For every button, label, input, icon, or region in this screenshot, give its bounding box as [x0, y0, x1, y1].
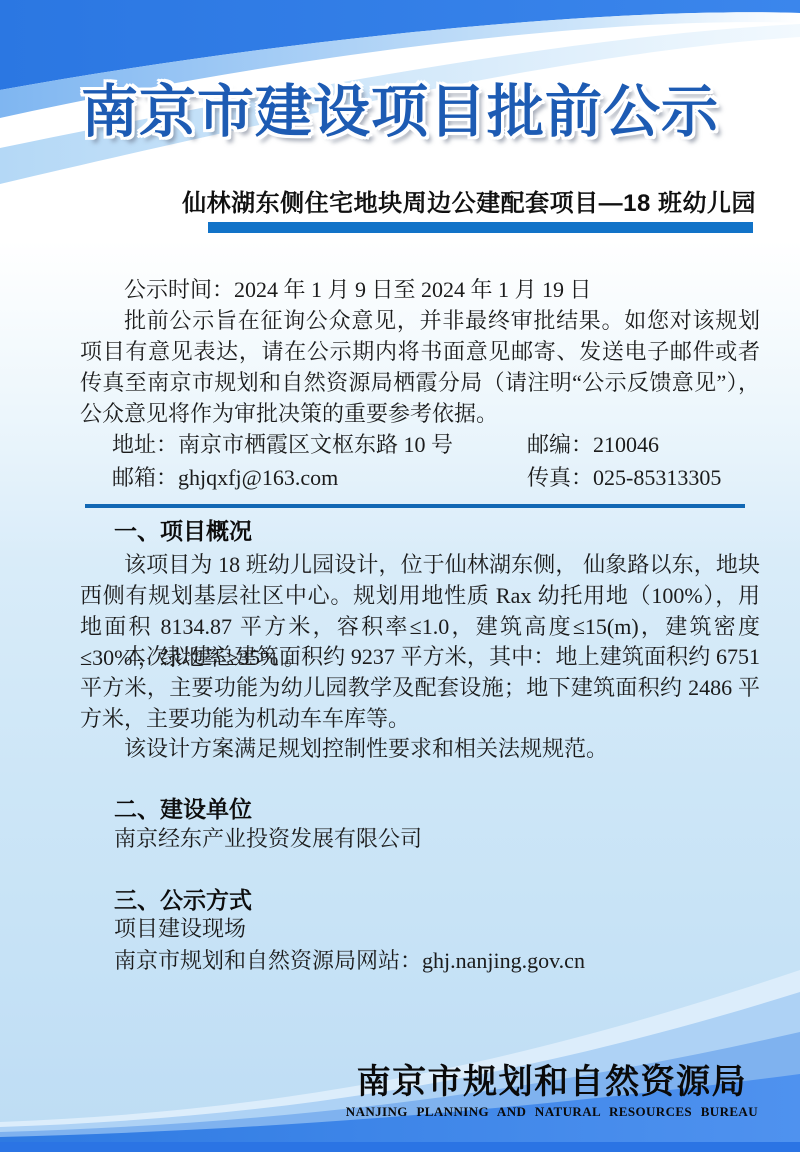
- contact-row-1: 地址：南京市栖霞区文枢东路 10 号 邮编：210046: [80, 428, 760, 461]
- address-field: 地址：南京市栖霞区文枢东路 10 号: [112, 428, 453, 461]
- contact-row-2: 邮箱：ghjqxfj@163.com 传真：025-85313305: [80, 461, 760, 494]
- notice-paragraph: 批前公示旨在征询公众意见，并非最终审批结果。如您对该规划项目有意见表达，请在公示…: [80, 305, 760, 429]
- address-label: 地址：: [112, 432, 178, 457]
- section-2-heading: 二、建设单位: [114, 794, 760, 824]
- section-1-paragraph-2: 本次拟建总建筑面积约 9237 平方米，其中：地上建筑面积约 6751 平方米，…: [80, 641, 760, 734]
- contact-block: 地址：南京市栖霞区文枢东路 10 号 邮编：210046 邮箱：ghjqxfj@…: [80, 428, 760, 494]
- fax-label: 传真：: [527, 465, 593, 490]
- email-value: ghjqxfj@163.com: [178, 465, 338, 490]
- footer-swoosh-art: [0, 950, 800, 1152]
- email-label: 邮箱：: [112, 465, 178, 490]
- footer-bureau-block: 南京市规划和自然资源局 NANJING PLANNING AND NATURAL…: [346, 1062, 758, 1120]
- subtitle-underline: [208, 222, 753, 233]
- section-1-heading: 一、项目概况: [114, 516, 760, 546]
- section-divider-line: [85, 504, 745, 508]
- section-3-heading: 三、公示方式: [114, 885, 760, 915]
- postcode-field: 邮编：210046: [527, 428, 659, 461]
- postcode-value: 210046: [593, 432, 659, 457]
- email-field: 邮箱：ghjqxfj@163.com: [112, 461, 338, 494]
- fax-field: 传真：025-85313305: [527, 461, 721, 494]
- section-1-paragraph-3: 该设计方案满足规划控制性要求和相关法规规范。: [80, 733, 760, 764]
- page-title: 南京市建设项目批前公示: [0, 66, 800, 148]
- postcode-label: 邮编：: [527, 432, 593, 457]
- project-subtitle: 仙林湖东侧住宅地块周边公建配套项目—18 班幼儿园: [182, 183, 756, 218]
- bureau-name-en: NANJING PLANNING AND NATURAL RESOURCES B…: [346, 1104, 758, 1120]
- construction-unit: 南京经东产业投资发展有限公司: [114, 823, 760, 854]
- bureau-name-cn: 南京市规划和自然资源局: [346, 1062, 758, 1104]
- fax-value: 025-85313305: [593, 465, 721, 490]
- publicity-period: 公示时间：2024 年 1 月 9 日至 2024 年 1 月 19 日: [80, 274, 760, 305]
- publicity-location: 项目建设现场: [114, 913, 760, 944]
- notice-page: 南京市建设项目批前公示 仙林湖东侧住宅地块周边公建配套项目—18 班幼儿园 公示…: [0, 0, 800, 1152]
- address-value: 南京市栖霞区文枢东路 10 号: [178, 432, 453, 457]
